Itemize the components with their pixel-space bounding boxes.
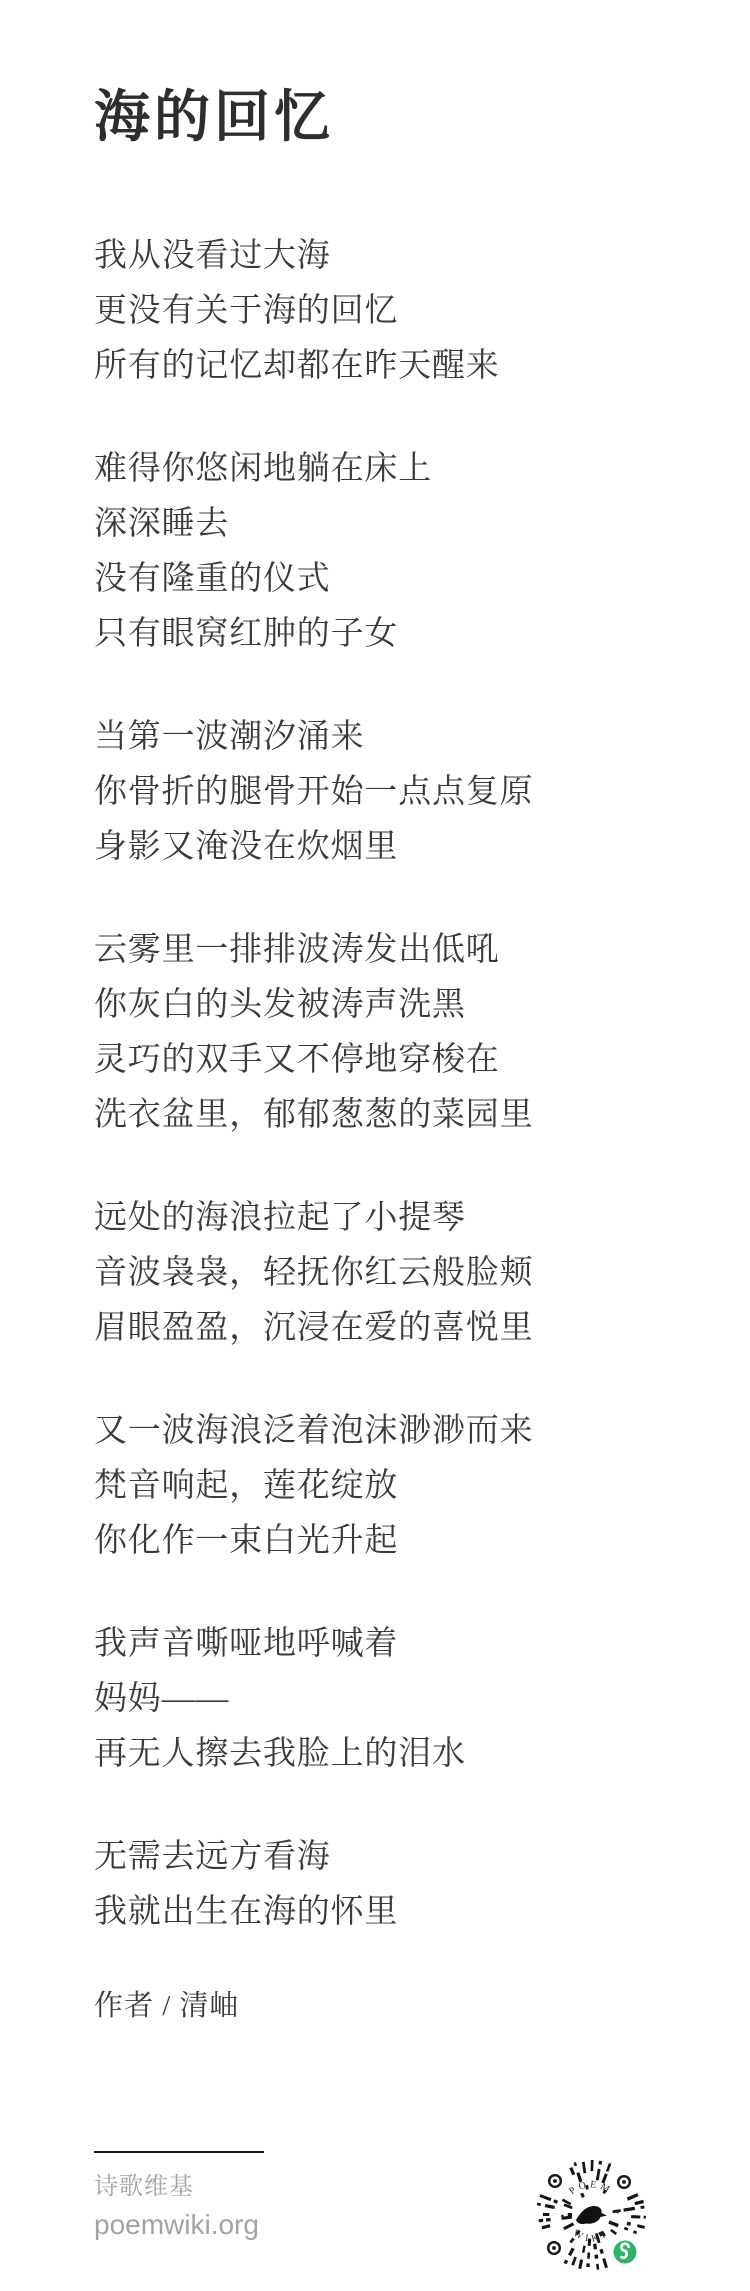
poem-line: 没有隆重的仪式 <box>94 552 533 607</box>
poem-line: 梵音响起，莲花绽放 <box>94 1459 533 1514</box>
poem-line: 音波袅袅，轻抚你红云般脸颊 <box>94 1246 533 1301</box>
stamp-bottom-label: WIKI <box>571 2228 611 2245</box>
stanza-6: 又一波海浪泛着泡沫渺渺而来 梵音响起，莲花绽放 你化作一束白光升起 <box>94 1404 533 1569</box>
poem-line: 眉眼盈盈，沉浸在爱的喜悦里 <box>94 1301 533 1356</box>
poem-line: 深深睡去 <box>94 497 533 552</box>
poem-line: 洗衣盆里，郁郁葱葱的菜园里 <box>94 1088 533 1143</box>
qr-ring-top-right <box>618 2176 630 2188</box>
stanza-2: 难得你悠闲地躺在床上 深深睡去 没有隆重的仪式 只有眼窝红肿的子女 <box>94 442 533 662</box>
stanza-1: 我从没看过大海 更没有关于海的回忆 所有的记忆却都在昨天醒来 <box>94 229 533 394</box>
poem-line: 你化作一束白光升起 <box>94 1514 533 1569</box>
site-name: 诗歌维基 <box>94 2170 194 2204</box>
qr-ring-top-left <box>549 2175 561 2187</box>
text-separator-dot <box>561 2215 564 2218</box>
footer-divider <box>94 2151 264 2153</box>
stamp-top-label: POEM <box>567 2179 614 2197</box>
poem-line: 灵巧的双手又不停地穿梭在 <box>94 1033 533 1088</box>
poem-line: 更没有关于海的回忆 <box>94 284 533 339</box>
poem-line: 无需去远方看海 <box>94 1830 533 1885</box>
site-url-link[interactable]: poemwiki.org <box>94 2206 259 2244</box>
wechat-miniprogram-icon <box>614 2241 637 2264</box>
text-separator-dot <box>616 2211 619 2214</box>
poem-body: 我从没看过大海 更没有关于海的回忆 所有的记忆却都在昨天醒来 难得你悠闲地躺在床… <box>94 229 533 1940</box>
bird-logo-icon <box>576 2206 607 2224</box>
poem-line: 所有的记忆却都在昨天醒来 <box>94 339 533 394</box>
poem-line: 远处的海浪拉起了小提琴 <box>94 1191 533 1246</box>
poem-line: 我从没看过大海 <box>94 229 533 284</box>
poem-line: 你灰白的头发被涛声洗黑 <box>94 978 533 1033</box>
stanza-4: 云雾里一排排波涛发出低吼 你灰白的头发被涛声洗黑 灵巧的双手又不停地穿梭在 洗衣… <box>94 923 533 1143</box>
poem-line: 你骨折的腿骨开始一点点复原 <box>94 765 533 820</box>
poem-poster-page: 海的回忆 我从没看过大海 更没有关于海的回忆 所有的记忆却都在昨天醒来 难得你悠… <box>0 0 750 2291</box>
poem-line: 云雾里一排排波涛发出低吼 <box>94 923 533 978</box>
poem-line: 再无人擦去我脸上的泪水 <box>94 1727 533 1782</box>
stanza-7: 我声音嘶哑地呼喊着 妈妈—— 再无人擦去我脸上的泪水 <box>94 1617 533 1782</box>
poem-line: 又一波海浪泛着泡沫渺渺而来 <box>94 1404 533 1459</box>
stanza-5: 远处的海浪拉起了小提琴 音波袅袅，轻抚你红云般脸颊 眉眼盈盈，沉浸在爱的喜悦里 <box>94 1191 533 1356</box>
poemwiki-qr-stamp: POEM WIKI <box>534 2158 648 2272</box>
poem-line: 我就出生在海的怀里 <box>94 1885 533 1940</box>
stanza-3: 当第一波潮汐涌来 你骨折的腿骨开始一点点复原 身影又淹没在炊烟里 <box>94 710 533 875</box>
poem-title: 海的回忆 <box>94 88 334 150</box>
poem-line: 妈妈—— <box>94 1672 533 1727</box>
poem-line: 我声音嘶哑地呼喊着 <box>94 1617 533 1672</box>
qr-ring-bottom-left <box>548 2242 560 2254</box>
author-line: 作者 / 清岫 <box>94 1986 240 2026</box>
poem-line: 只有眼窝红肿的子女 <box>94 607 533 662</box>
stanza-8: 无需去远方看海 我就出生在海的怀里 <box>94 1830 533 1940</box>
poem-line: 当第一波潮汐涌来 <box>94 710 533 765</box>
poem-line: 难得你悠闲地躺在床上 <box>94 442 533 497</box>
poem-line: 身影又淹没在炊烟里 <box>94 820 533 875</box>
